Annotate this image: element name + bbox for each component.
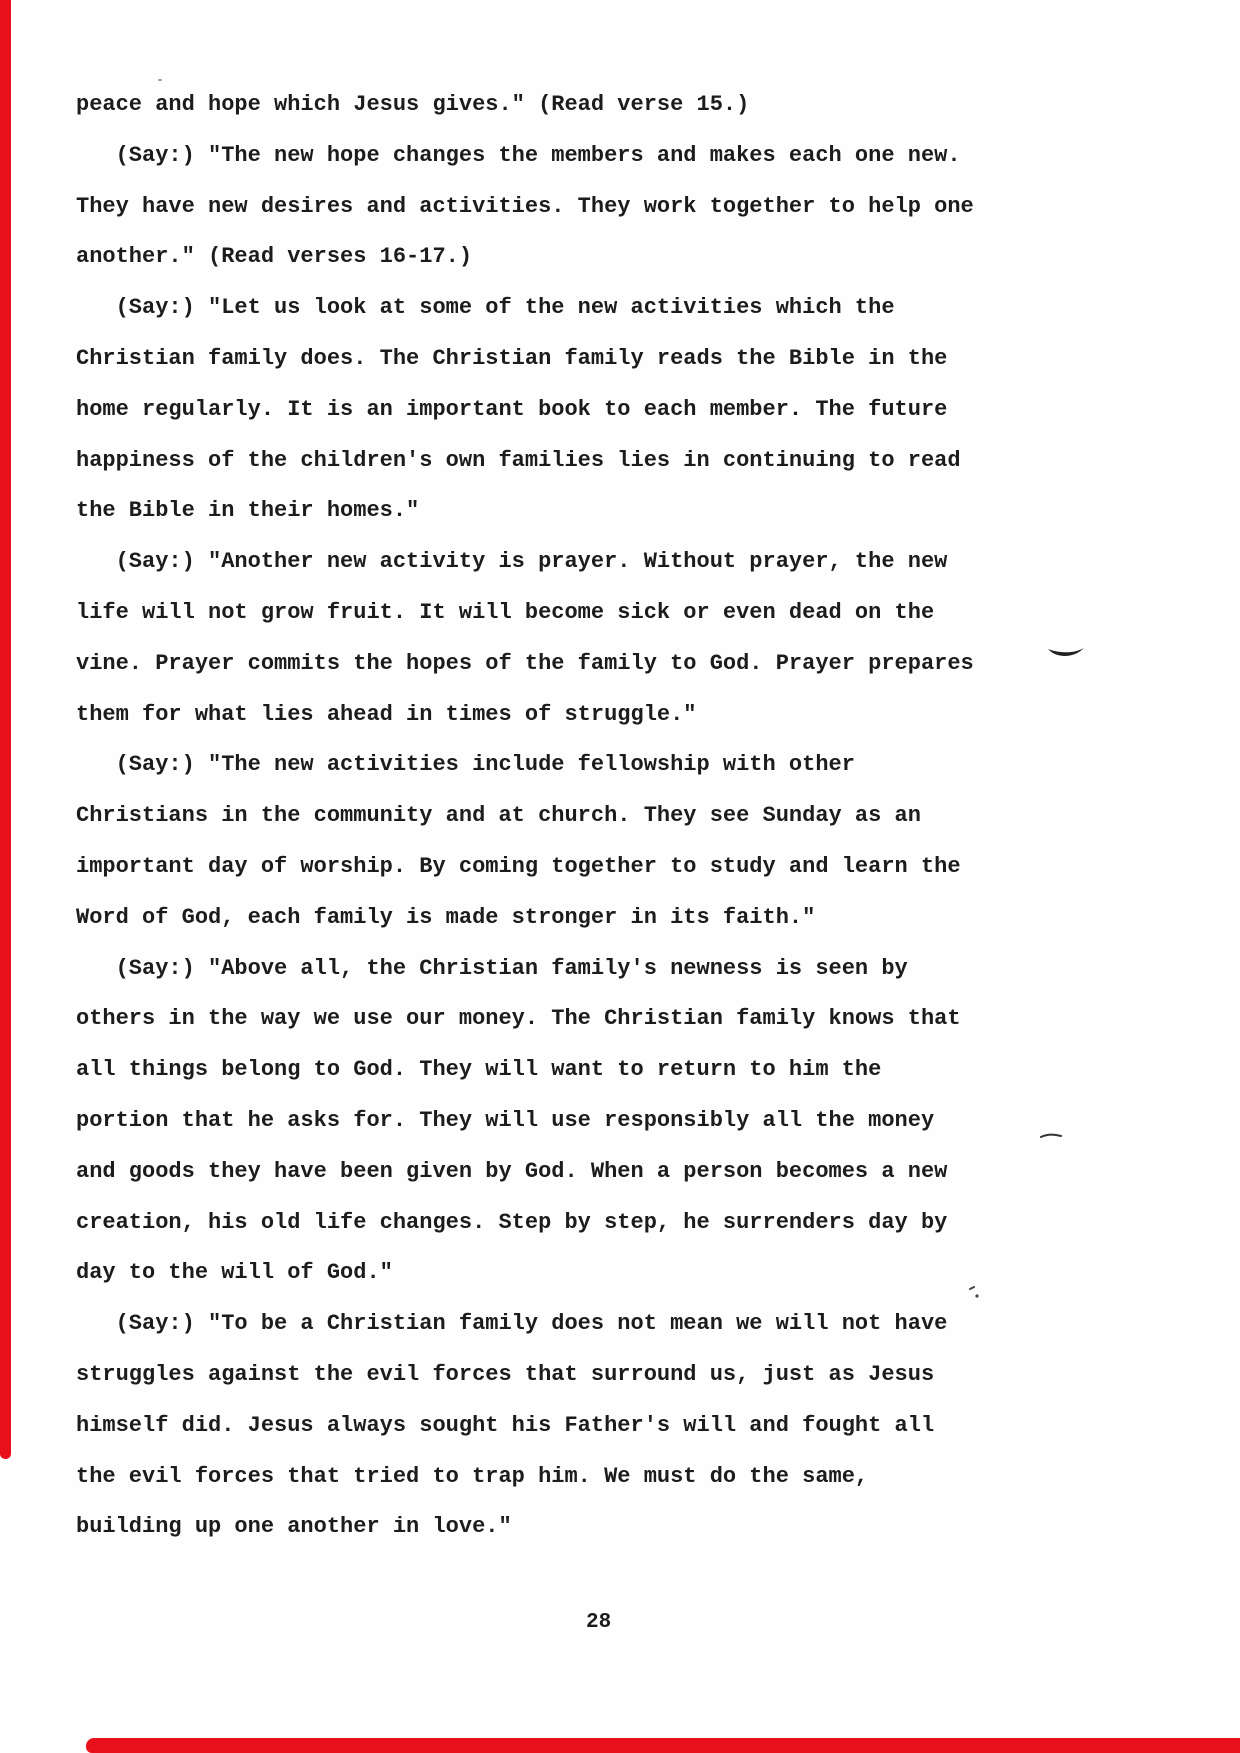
text-line: struggles against the evil forces that s… xyxy=(76,1350,974,1401)
text-line: creation, his old life changes. Step by … xyxy=(76,1198,974,1249)
text-line: (Say:) "Let us look at some of the new a… xyxy=(76,283,974,334)
text-line: (Say:) "Another new activity is prayer. … xyxy=(76,537,974,588)
page-number: 28 xyxy=(586,1608,611,1638)
text-line: (Say:) "Above all, the Christian family'… xyxy=(76,944,974,995)
text-line: himself did. Jesus always sought his Fat… xyxy=(76,1401,974,1452)
text-line: and goods they have been given by God. W… xyxy=(76,1147,974,1198)
pen-mark-dots-icon xyxy=(968,1286,982,1307)
text-line: happiness of the children's own families… xyxy=(76,436,974,487)
text-line: others in the way we use our money. The … xyxy=(76,994,974,1045)
text-line: (Say:) "The new activities include fello… xyxy=(76,740,974,791)
text-line: building up one another in love." xyxy=(76,1502,974,1553)
text-line: them for what lies ahead in times of str… xyxy=(76,690,974,741)
text-line: day to the will of God." xyxy=(76,1248,974,1299)
text-line: all things belong to God. They will want… xyxy=(76,1045,974,1096)
text-line: (Say:) "The new hope changes the members… xyxy=(76,131,974,182)
text-line: Christian family does. The Christian fam… xyxy=(76,334,974,385)
text-line: the Bible in their homes." xyxy=(76,486,974,537)
scanned-document-page: peace and hope which Jesus gives." (Read… xyxy=(0,0,1240,1753)
text-line: They have new desires and activities. Th… xyxy=(76,182,974,233)
text-line: home regularly. It is an important book … xyxy=(76,385,974,436)
text-line: (Say:) "To be a Christian family does no… xyxy=(76,1299,974,1350)
scan-edge-bottom-red-line xyxy=(86,1738,1240,1753)
pen-mark-dash-icon xyxy=(1040,1128,1062,1146)
text-line: Word of God, each family is made stronge… xyxy=(76,893,974,944)
pen-mark-curve-icon xyxy=(1046,645,1086,666)
text-line: life will not grow fruit. It will become… xyxy=(76,588,974,639)
text-line: peace and hope which Jesus gives." (Read… xyxy=(76,80,974,131)
text-line: portion that he asks for. They will use … xyxy=(76,1096,974,1147)
text-line: vine. Prayer commits the hopes of the fa… xyxy=(76,639,974,690)
text-line: Christians in the community and at churc… xyxy=(76,791,974,842)
text-line: the evil forces that tried to trap him. … xyxy=(76,1452,974,1503)
text-line: another." (Read verses 16-17.) xyxy=(76,232,974,283)
page-body: peace and hope which Jesus gives." (Read… xyxy=(76,80,974,1553)
scan-edge-left-red-line xyxy=(0,0,11,1459)
text-line: important day of worship. By coming toge… xyxy=(76,842,974,893)
